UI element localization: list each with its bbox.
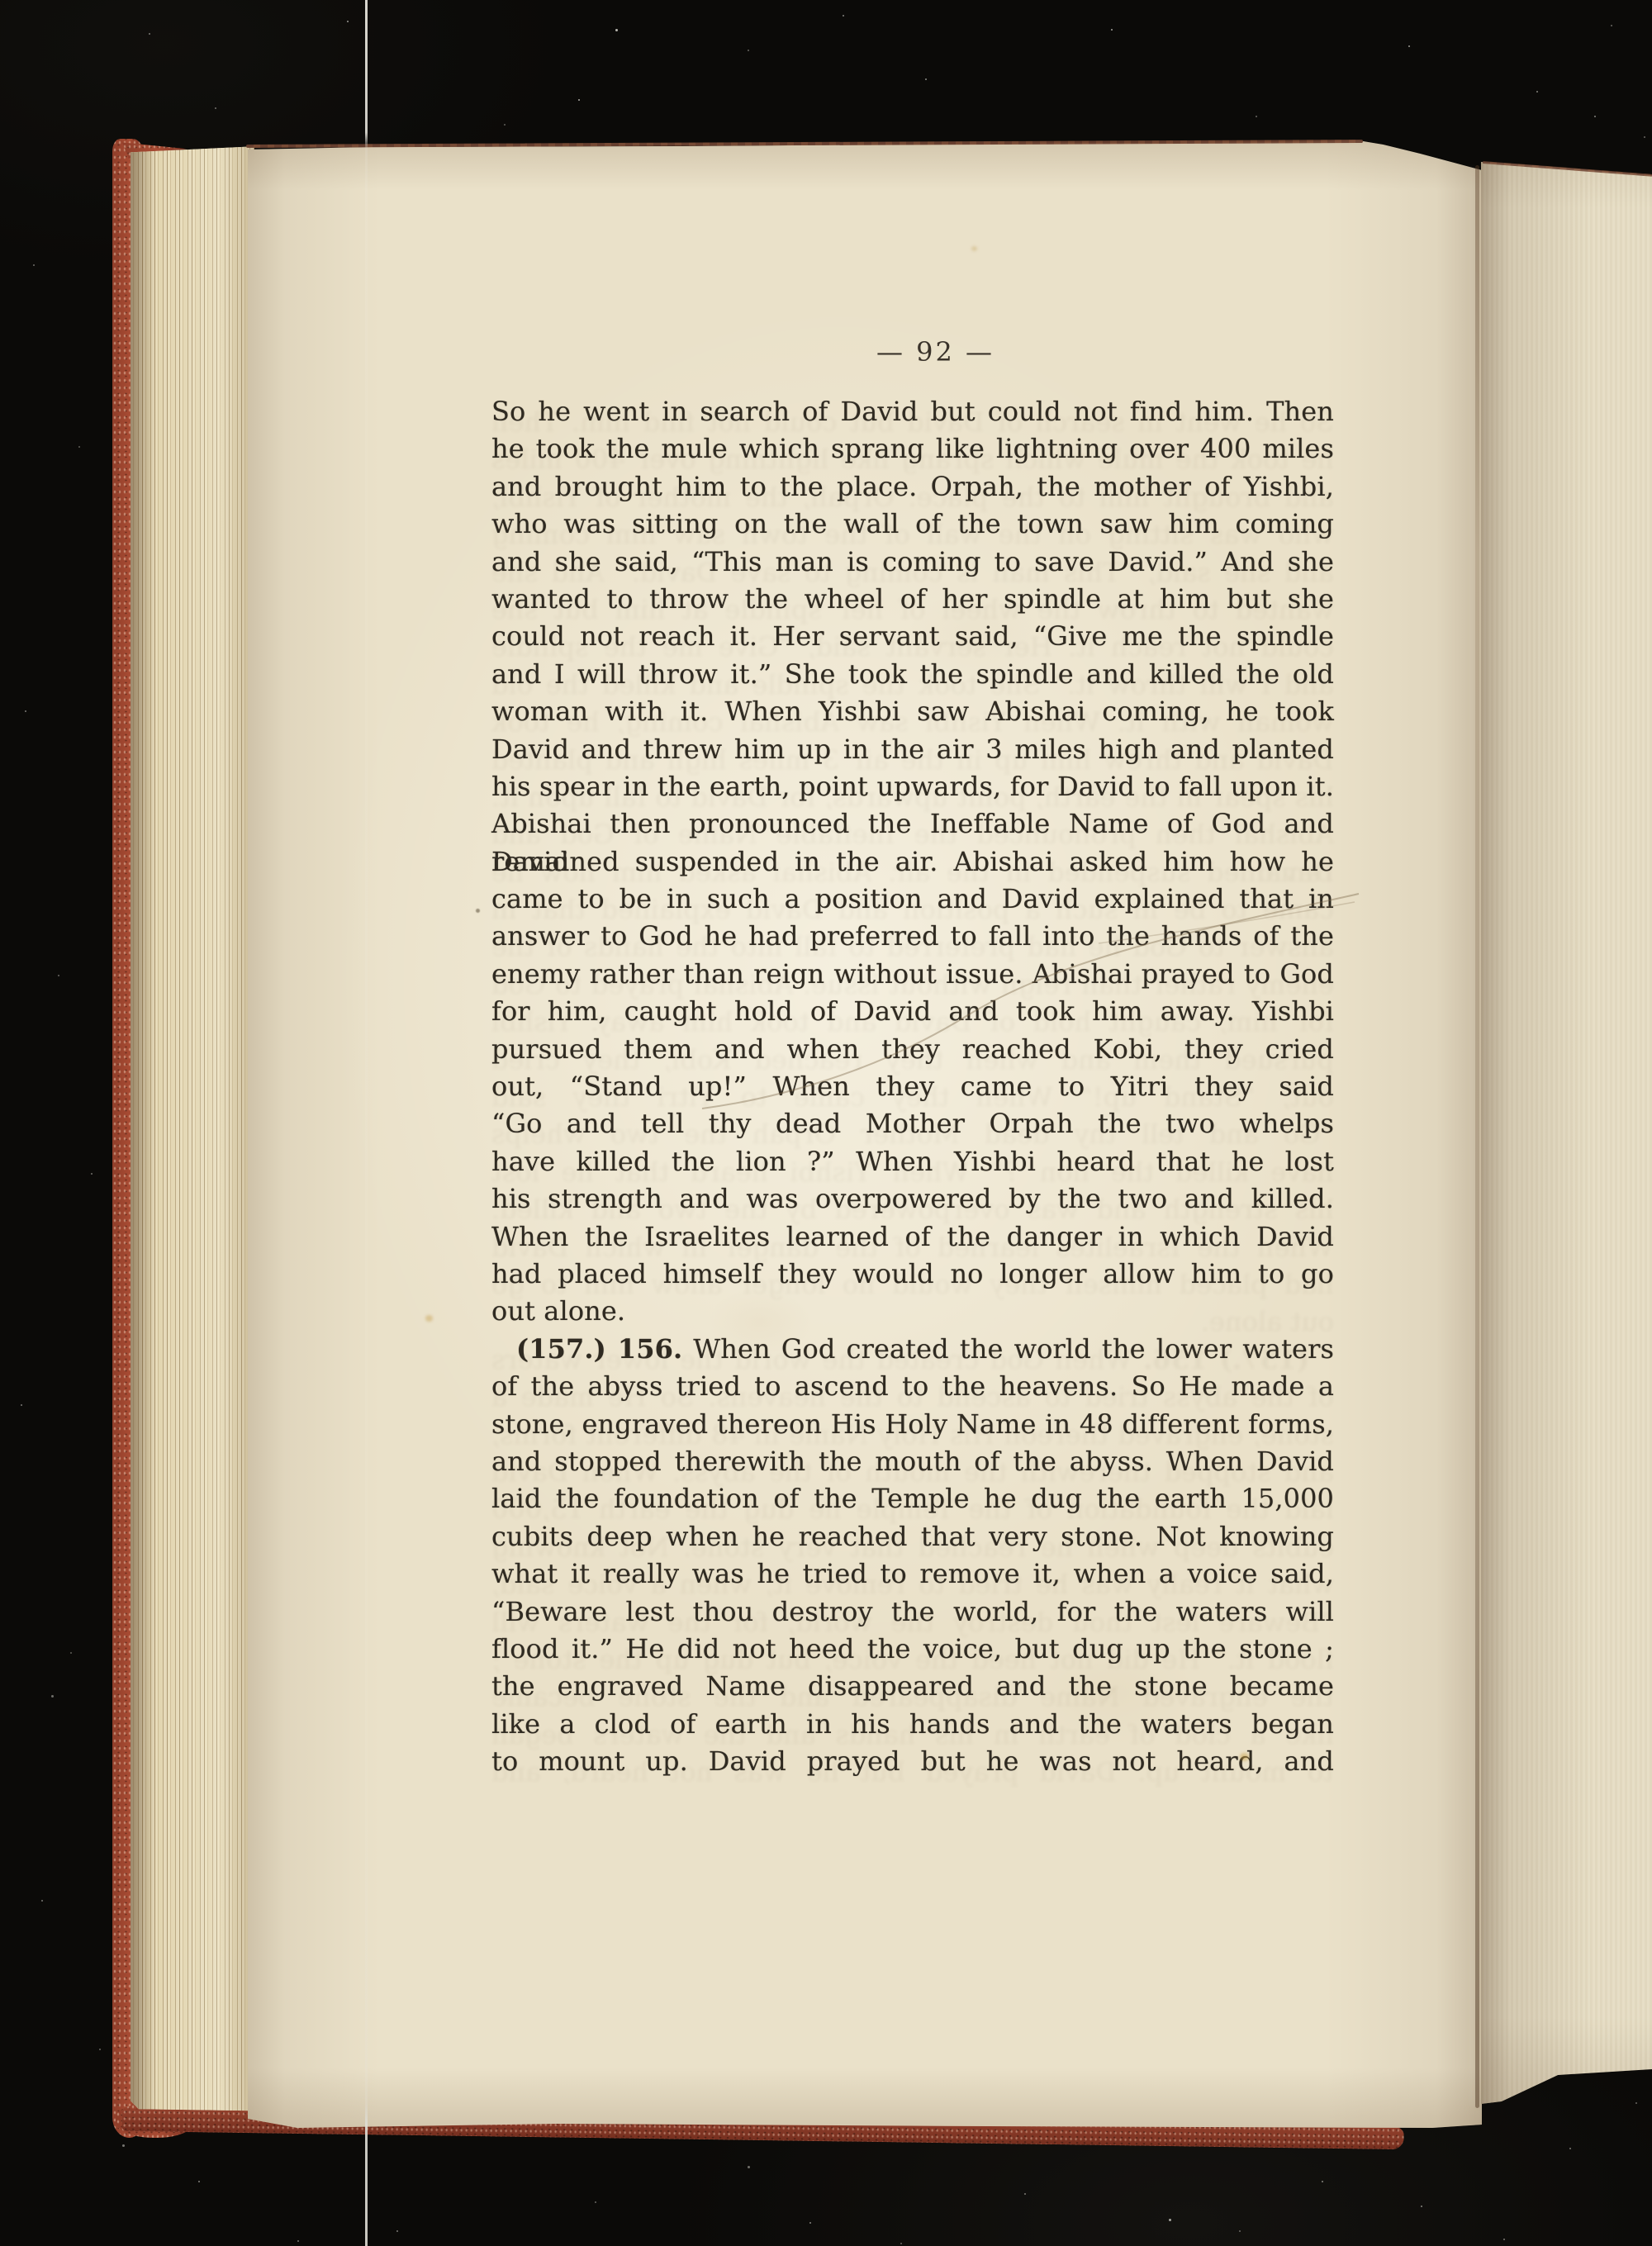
text-line: “Beware lest thou destroy the world, for… — [491, 1593, 1334, 1631]
text-line: flood it.” He did not heed the voice, bu… — [491, 1631, 1334, 1668]
text-line: David and threw him up in the air 3 mile… — [491, 731, 1334, 768]
page-number: — 92 — — [491, 336, 1334, 368]
text-line: stone, engraved thereon His Holy Name in… — [491, 1406, 1334, 1443]
text-line: for him, caught hold of David and took h… — [491, 993, 1334, 1030]
text-line: he took the mule which sprang like light… — [491, 430, 1334, 468]
text-line: and brought him to the place. Orpah, the… — [491, 468, 1334, 506]
text-line: out alone. — [491, 1293, 1334, 1330]
text-line: to mount up. David prayed but he was not… — [491, 1743, 1334, 1780]
text-line: could not reach it. Her servant said, “G… — [491, 618, 1334, 655]
text-line: out, “Stand up!” When they came to Yitri… — [491, 1068, 1334, 1105]
dust-specks — [0, 0, 2, 2]
text-line: came to be in such a position and David … — [491, 881, 1334, 918]
ink-speck — [476, 909, 480, 913]
text-line: So he went in search of David but could … — [491, 393, 1334, 430]
text-line: what it really was he tried to remove it… — [491, 1555, 1334, 1593]
text-line: pursued them and when they reached Kobi,… — [491, 1031, 1334, 1068]
text-line: Abishai then pronounced the Ineffable Na… — [491, 805, 1334, 843]
foxing-spot — [1240, 1753, 1249, 1761]
text-line: and stopped therewith the mouth of the a… — [491, 1443, 1334, 1480]
text-line: of the abyss tried to ascend to the heav… — [491, 1368, 1334, 1405]
text-line: remained suspended in the air. Abishai a… — [491, 843, 1334, 881]
text-line: the engraved Name disappeared and the st… — [491, 1668, 1334, 1705]
page-fore-edges — [131, 145, 254, 2125]
text-line: wanted to throw the wheel of her spindle… — [491, 581, 1334, 618]
text-line: answer to God he had preferred to fall i… — [491, 918, 1334, 955]
text-line: laid the foundation of the Temple he dug… — [491, 1480, 1334, 1517]
text-line: enemy rather than reign without issue. A… — [491, 956, 1334, 993]
text-line: When the Israelites learned of the dange… — [491, 1218, 1334, 1256]
text-line: his spear in the earth, point upwards, f… — [491, 768, 1334, 805]
foxing-spot — [971, 246, 977, 251]
foxing-spot — [425, 1315, 433, 1322]
gutter-crease — [1475, 165, 1479, 2108]
photo-background: So he went in search of David but could … — [0, 0, 1652, 2246]
text-line: have killed the lion ?” When Yishbi hear… — [491, 1143, 1334, 1180]
text-line: “Go and tell thy dead Mother Orpah the t… — [491, 1105, 1334, 1142]
text-line: and I will throw it.” She took the spind… — [491, 656, 1334, 693]
text-line: (157.) 156. When God created the world t… — [491, 1331, 1334, 1368]
text-line: had placed himself they would no longer … — [491, 1256, 1334, 1293]
text-line: and she said, “This man is coming to sav… — [491, 544, 1334, 581]
text-block: So he went in search of David but could … — [491, 393, 1334, 1780]
text-line: his strength and was overpowered by the … — [491, 1180, 1334, 1218]
text-line: cubits deep when he reached that very st… — [491, 1518, 1334, 1555]
text-line: who was sitting on the wall of the town … — [491, 506, 1334, 543]
right-page — [1481, 159, 1652, 2108]
text-line: like a clod of earth in his hands and th… — [491, 1706, 1334, 1743]
text-line: woman with it. When Yishbi saw Abishai c… — [491, 693, 1334, 730]
cradle-string — [365, 0, 368, 2246]
